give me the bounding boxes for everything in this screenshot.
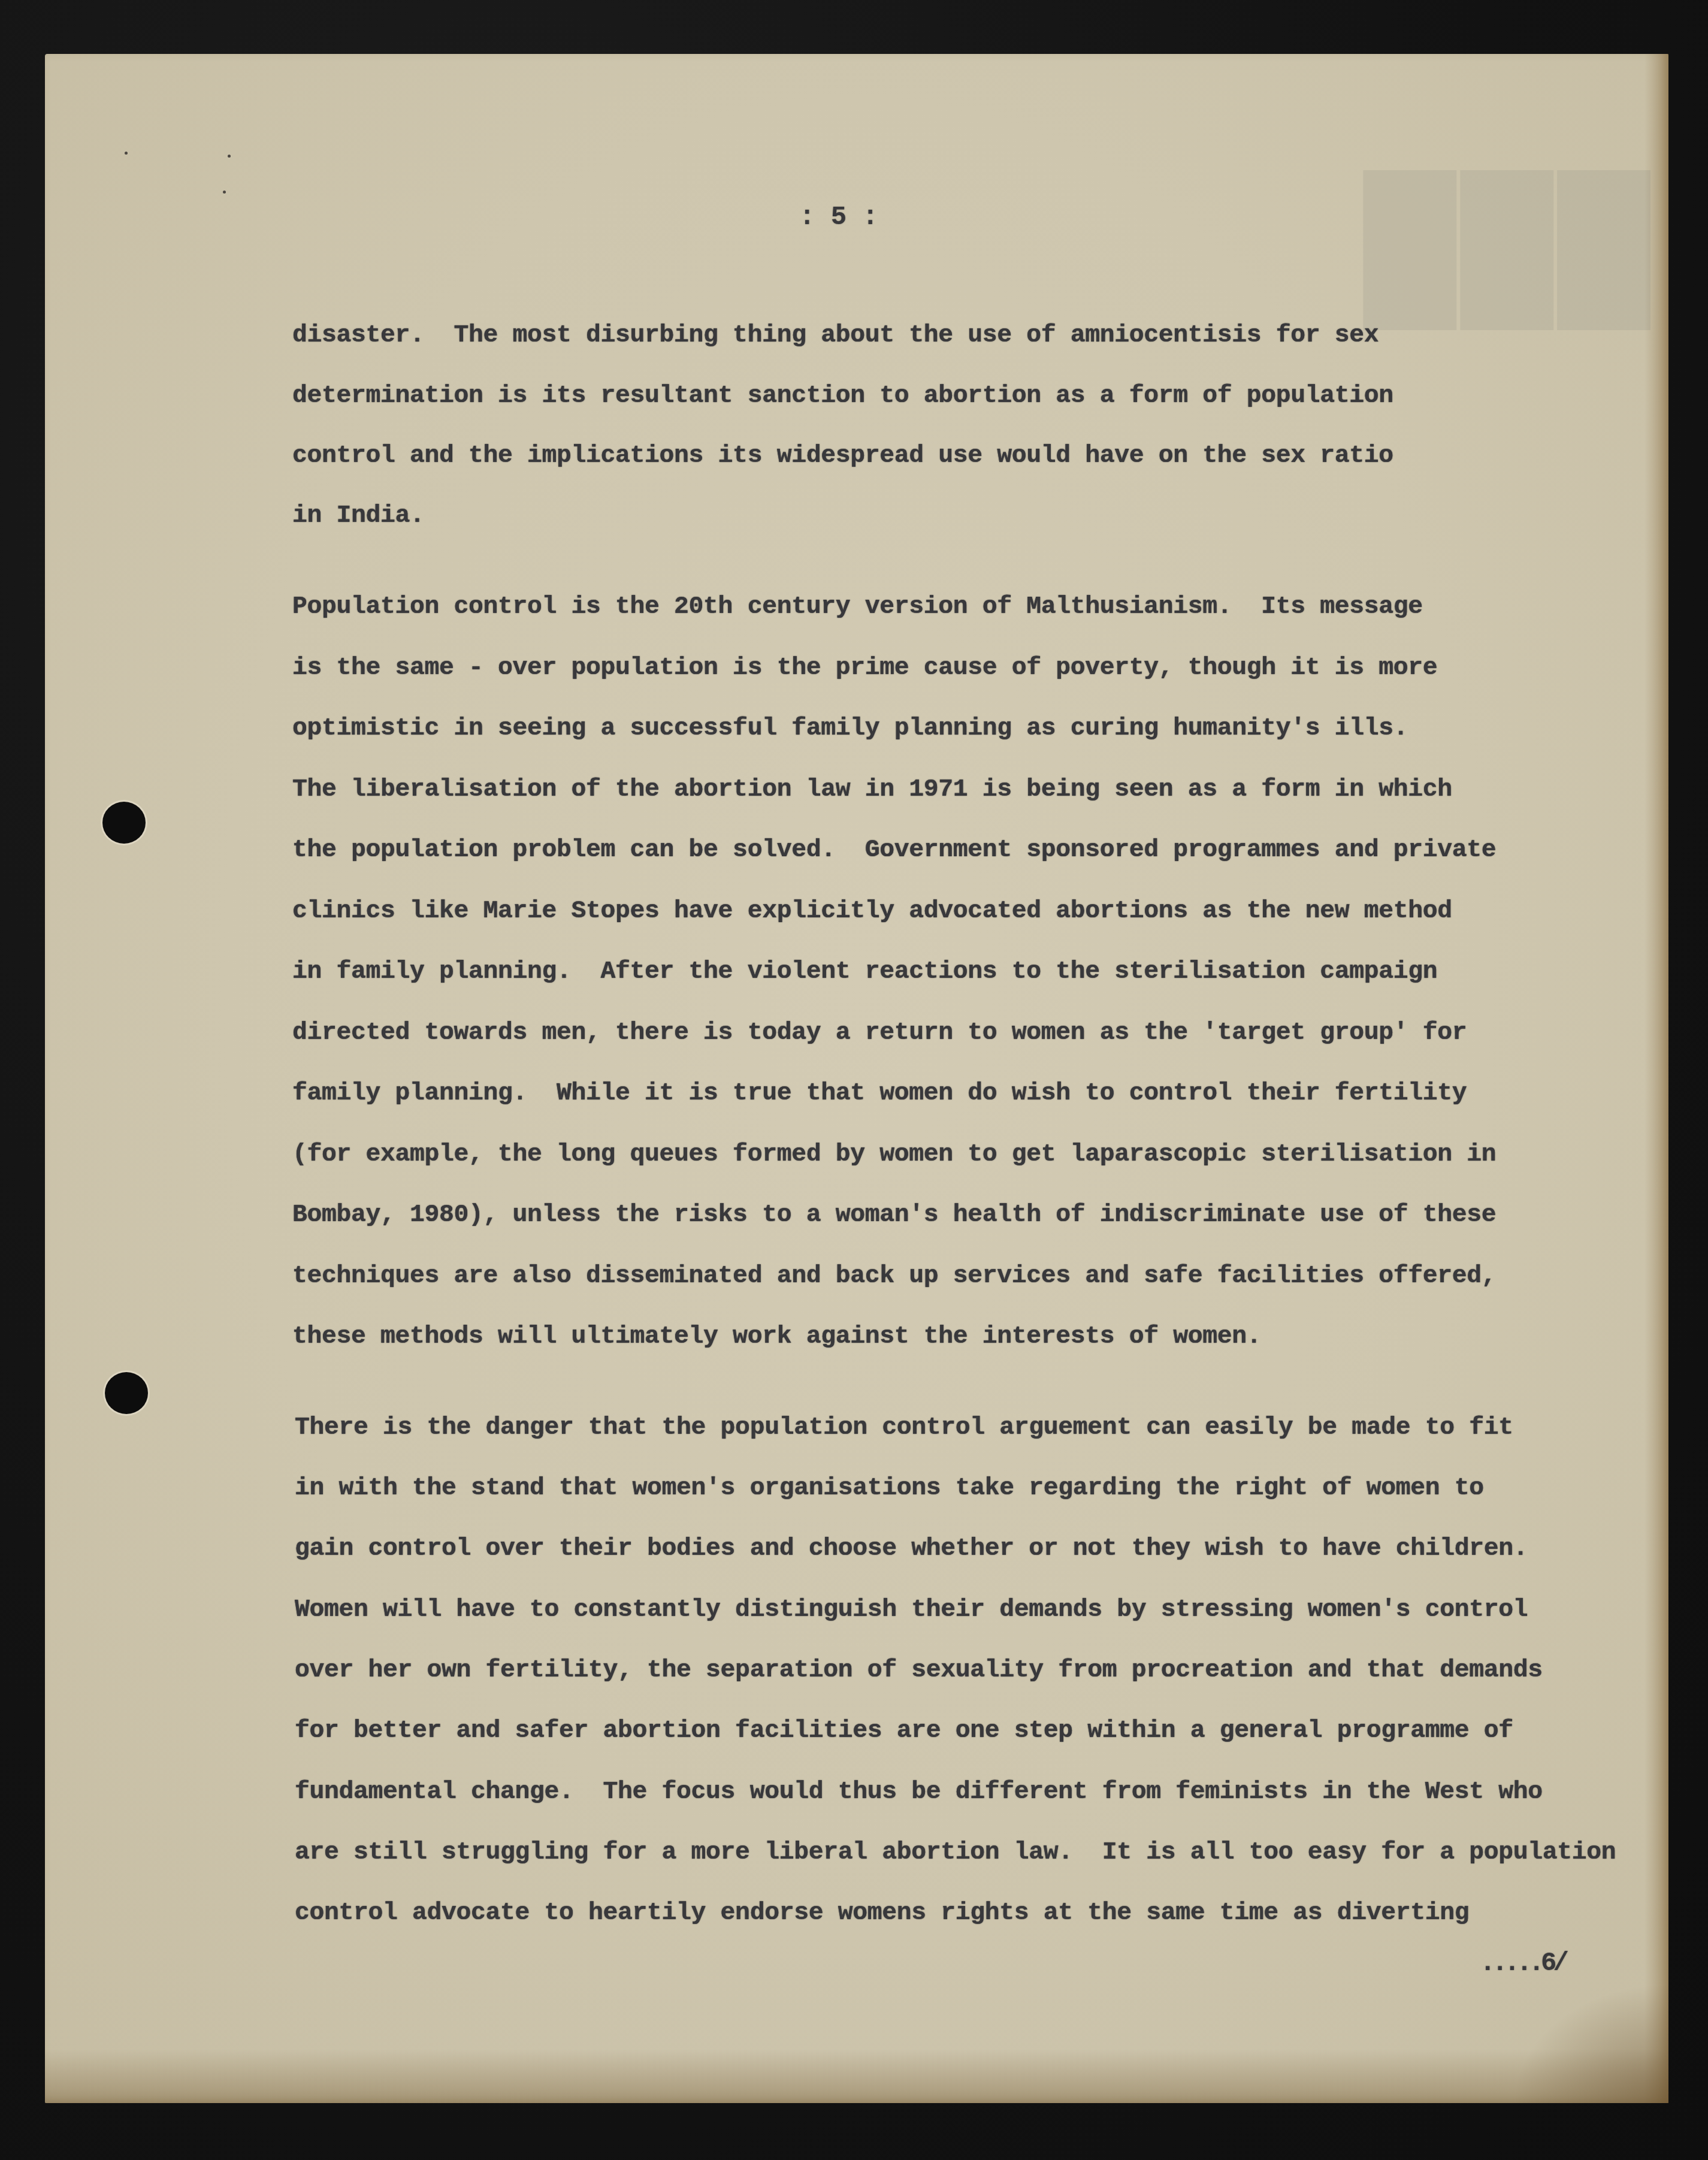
text-line: the population problem can be solved. Go… [292,838,1496,863]
dust-speck [125,152,128,155]
punch-hole-icon [105,1372,148,1414]
text-line: gain control over their bodies and choos… [295,1536,1528,1561]
text-line: There is the danger that the population … [295,1415,1513,1440]
text-line: (for example, the long queues formed by … [292,1142,1496,1167]
text-line: for better and safer abortion facilities… [295,1718,1513,1744]
text-line: in with the stand that women's organisat… [295,1476,1484,1501]
text-line: Women will have to constantly distinguis… [295,1597,1528,1623]
text-line: Bombay, 1980), unless the risks to a wom… [292,1203,1496,1228]
text-line: The liberalisation of the abortion law i… [292,777,1452,802]
text-line: are still struggling for a more liberal … [295,1840,1616,1865]
text-line: optimistic in seeing a successful family… [292,716,1408,741]
edge-stain-right [1644,54,1668,2103]
text-line: control and the implications its widespr… [292,443,1393,469]
dust-speck [228,155,231,158]
text-line: in India. [292,503,425,528]
text-line: control advocate to heartily endorse wom… [295,1901,1469,1926]
text-line: these methods will ultimately work again… [292,1324,1261,1349]
continuation-marker: .....6/ [1480,1948,1565,1978]
dust-speck [223,191,226,194]
corner-stain [1513,1983,1668,2103]
punch-hole-icon [102,802,146,844]
text-line: directed towards men, there is today a r… [292,1020,1467,1046]
text-line: disaster. The most disurbing thing about… [292,323,1379,348]
text-line: techniques are also disseminated and bac… [292,1264,1496,1289]
text-line: fundamental change. The focus would thus… [295,1780,1543,1805]
text-line: clinics like Marie Stopes have explicitl… [292,899,1452,924]
edge-stain-bottom [45,2049,1668,2103]
page-number: : 5 : [779,203,899,232]
text-line: is the same - over population is the pri… [292,655,1437,681]
text-line: determination is its resultant sanction … [292,383,1393,409]
text-line: Population control is the 20th century v… [292,594,1423,620]
text-line: over her own fertility, the separation o… [295,1658,1543,1683]
text-line: family planning. While it is true that w… [292,1081,1467,1106]
text-line: in family planning. After the violent re… [292,959,1437,984]
